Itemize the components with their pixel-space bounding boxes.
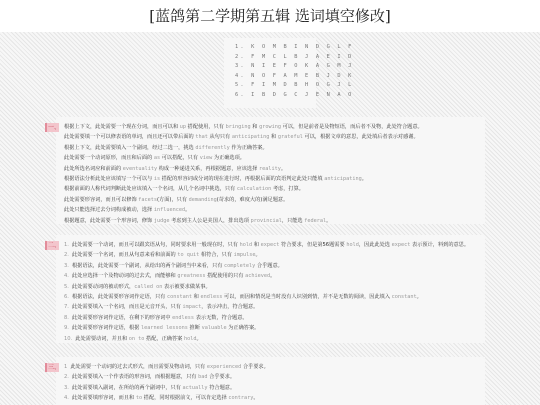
section-3-panel: 三、 1此处需要一个动词的过去式形式，而且需要及物动词，只有 experienc…	[56, 357, 485, 405]
word-list-row: 4. N O F A M E B J D K	[224, 72, 316, 82]
answer-word: learned lessons	[141, 325, 188, 331]
answer-word: endless	[172, 315, 194, 321]
item-number: 1.	[64, 242, 69, 248]
explanation-line: 根据上下文，此处需要一个现在分词，而且可以和 up 搭配使用，只有 bringi…	[64, 122, 477, 132]
answer-word: grateful	[278, 134, 303, 140]
explanation-text: 为正确答案。	[227, 325, 260, 331]
explanation-text: 此处应选择一个及物动词的过去式，而能够和	[72, 273, 177, 279]
section-badge: 三、	[45, 363, 59, 372]
item-number: 3.	[64, 263, 69, 269]
explanation-line: 此处需要填一个可以修表语的单词，而且还可以带后面的 that 从句只有 anti…	[64, 132, 477, 142]
answer-word: demanding	[189, 197, 217, 203]
answer-word: constant	[167, 294, 192, 300]
answer-word: experienced	[207, 364, 241, 370]
answer-word: greatness	[177, 273, 205, 279]
answer-word: view	[200, 155, 213, 161]
answer-word: constant	[392, 294, 417, 300]
explanation-line: 4.此处需要填形容词，而且和 to 搭配，同时根据前文，可以肯定选择 contr…	[64, 393, 477, 403]
answer-word: on to	[129, 336, 145, 342]
explanation-text: 。	[417, 294, 422, 300]
explanation-text: 相符合，只有	[199, 252, 233, 258]
answer-word: federal	[304, 218, 326, 224]
explanation-text: (方面)，只有	[157, 197, 189, 203]
explanation-text: 此处需要动词，并且和	[75, 336, 129, 342]
item-number: 2.	[64, 252, 69, 258]
item-number: 6.	[64, 294, 69, 300]
answer-word: hold	[346, 242, 359, 248]
word-list-row: 2. F M C L B J A E I D	[224, 53, 316, 63]
answer-word: achieved	[245, 273, 270, 279]
explanation-text: 搭配的形容词或分词的现在进行时，再根据后面的宾语判定此处只能填	[160, 176, 324, 182]
answer-word: anticipating	[324, 176, 361, 182]
explanation-line: 根据上下文，此处需要填入一个副词，经过二选一，挑选 differently 作为…	[64, 143, 477, 153]
explanation-line: 根据题意，此处需要一个形容词，修饰 judge 考虑到主人公是美国人，排出选项 …	[64, 216, 477, 226]
answer-word: impact	[183, 304, 202, 310]
page-title: [蓝鸽第二学期第五辑 选词填空修改]	[0, 0, 540, 32]
answer-word: provincial	[251, 218, 282, 224]
explanation-line: 1.此处需要一个动词，而且可以跟宾语从句，同时要求用一般现在时，只有 hold …	[64, 240, 477, 250]
explanation-text: 搭配使用，只有	[186, 124, 226, 130]
explanation-line: 3.根据语法，此处需要一个副词，从给出的两个副词当中来看，只有 complete…	[64, 261, 477, 271]
explanation-line: 此处需要形容词，而且可以修饰 facets(方面)，只有 demanding(苛…	[64, 195, 477, 205]
explanation-text: 合乎要求。	[241, 364, 269, 370]
explanation-text: 可以，而因和情况是当时没有人识别到情，并不是无数的阅读，因此填入	[222, 294, 391, 300]
explanation-line: 2.此处需要填入一个作表语的形容词，而根据题意，只有 bad 合乎要求。	[64, 372, 477, 382]
answer-word: differently	[195, 145, 229, 151]
explanation-text: 此处需要形容词，而且可以修饰	[64, 197, 138, 203]
explanation-text: 此处需要动词的被动形式，	[72, 284, 134, 290]
answer-word: endless	[200, 294, 222, 300]
explanation-text: 符合题意。	[208, 385, 236, 391]
explanation-text: 。	[362, 176, 367, 182]
answer-word: bringing	[226, 124, 251, 130]
item-number: 7.	[64, 304, 69, 310]
explanation-text: 。	[326, 218, 331, 224]
explanation-text: 表示被要求做某事。	[162, 284, 210, 290]
word-list-row: 6. I B D G C J E N A O	[224, 91, 316, 101]
explanation-text: 可以搭配，只有	[160, 155, 200, 161]
answer-word: judge	[154, 218, 170, 224]
item-number: 1	[64, 364, 67, 370]
explanation-text: 合乎要求。	[207, 374, 235, 380]
word-list-row: 5. F I M D B H O G J L	[224, 81, 316, 91]
explanation-text: 此处需要填入一个作表语的形容词，而根据题意，只有	[72, 374, 198, 380]
answer-word: valuable	[202, 325, 227, 331]
explanation-line: 1此处需要一个动词的过去式形式，而且需要及物动词，只有 experienced …	[64, 362, 477, 372]
explanation-text: 可以，但是前者是及物短语，而后者不及物，此处符合题意。	[281, 124, 423, 130]
explanation-text: 表示无数，符合题意。	[194, 315, 248, 321]
explanation-text: 从句只有	[208, 134, 232, 140]
explanation-text: 。	[253, 395, 258, 401]
explanation-text: 根据前面的人称代词判断此处应该填入一个名词，从几个名词中挑选，只有	[64, 186, 237, 192]
explanation-text: 搭配使用的只有	[205, 273, 245, 279]
word-list-row: 1. K O M B I N D G L F	[224, 43, 316, 53]
explanation-text: 此处所选名词应和前面的	[64, 166, 123, 172]
explanation-line: 2.此处需要一个名词，而且从句意来看和前面的 to quit 相符合，只有 im…	[64, 250, 477, 260]
explanation-line: 根据语法分析此处应该填写一个可以与 is 搭配的形容词或分词的现在进行时，再根据…	[64, 174, 477, 184]
answer-word: actually	[183, 385, 208, 391]
explanation-line: 5.此处需要动词的被动形式，called on 表示被要求做某事。	[64, 282, 477, 292]
answer-word: impulse	[234, 252, 256, 258]
answer-word: influenced	[154, 207, 185, 213]
explanation-text: 考虑，打算。	[271, 186, 304, 192]
explanation-line: 此处所选名词应和前面的 eventuality 构成一种递进关系，再根据题意，应…	[64, 164, 477, 174]
explanation-text: 根据上下文，此处需要填入一个副词，经过二选一，挑选	[64, 145, 195, 151]
explanation-text: 此处需要一个动词原形，而且和后面的	[64, 155, 154, 161]
explanation-text: 搭配，正确答案	[144, 336, 184, 342]
explanation-text: (苛求的，难度大的)满足题意。	[217, 197, 289, 203]
answer-word: calculation	[237, 186, 271, 192]
explanation-text: 根据上下文，此处需要一个现在分词，而且可以和	[64, 124, 180, 130]
explanation-text: ，只能选	[282, 218, 304, 224]
explanation-line: 3.此处需要填入副词，在所给的两个副词中，只有 actually 符合题意。	[64, 383, 477, 393]
answer-word: to quit	[177, 252, 199, 258]
section-badge: 二、	[45, 241, 59, 250]
answer-word: reality	[259, 166, 281, 172]
answer-word: hold	[184, 336, 197, 342]
explanation-line: 6.根据语法，此处需要形容词作定语，只有 constant 和 endless …	[64, 292, 477, 302]
item-number: 3.	[64, 385, 69, 391]
explanation-line: 9.此处需要形容词作定语，根据 learned lessons 推断 valua…	[64, 323, 477, 333]
explanation-text: ，因此此处选	[359, 242, 392, 248]
explanation-text: 此处只能选择过去分词构成被动，选择	[64, 207, 154, 213]
answer-word: growing	[259, 124, 281, 130]
item-number: 10.	[64, 336, 72, 342]
explanation-text: 根据题意，此处需要一个形容词，修饰	[64, 218, 154, 224]
explanation-text: 此处需要一个名词，而且从句意来看和前面的	[72, 252, 177, 258]
explanation-text: 。	[281, 166, 286, 172]
explanation-text: 推断	[188, 325, 202, 331]
explanation-text: 根据语法，此处需要形容词作定语，只有	[72, 294, 167, 300]
explanation-text: 作为正确答案。	[230, 145, 268, 151]
section-badge: 一、	[45, 123, 59, 132]
explanation-line: 10.此处需要动词，并且和 on to 搭配，正确答案 hold。	[64, 334, 477, 344]
explanation-text: 此处需要形容词作定语，在剩下的形容词中	[72, 315, 172, 321]
answer-word: expect	[261, 242, 280, 248]
explanation-text: 为正确选项。	[212, 155, 245, 161]
explanation-text: 搭配，同时根据前文，可以肯定选择	[142, 395, 228, 401]
explanation-text: 合乎题意。	[255, 263, 283, 269]
explanation-text: ，表示冲击，符合题意。	[201, 304, 258, 310]
explanation-line: 7.此处需要填入一个名词，而且是元音开头，只有 impact，表示冲击，符合题意…	[64, 302, 477, 312]
item-number: 2.	[64, 374, 69, 380]
word-list-row: 3. N I E F O K A G M J	[224, 62, 316, 72]
explanation-text: 和	[252, 242, 261, 248]
explanation-text: 考虑到主人公是美国人，排出选项	[169, 218, 250, 224]
explanation-line: 此处只能选择过去分词构成被动，选择 influenced。	[64, 205, 477, 215]
answer-word: anticipating	[232, 134, 269, 140]
explanation-text: 此处需要填形容词，而且和	[72, 395, 136, 401]
section-1-panel: 一、 根据上下文，此处需要一个现在分词，而且可以和 up 搭配使用，只有 bri…	[56, 117, 485, 224]
answer-word: completely	[224, 263, 255, 269]
explanation-line: 8.此处需要形容词作定语，在剩下的形容词中 endless 表示无数，符合题意。	[64, 313, 477, 323]
explanation-text: 和	[251, 124, 260, 130]
explanation-text: 表示预计，料到的意思。	[410, 242, 469, 248]
explanation-text: 构成一种递进关系，再根据题意，应该选择	[157, 166, 259, 172]
answer-letter-list: 1. K O M B I N D G L F2. F M C L B J A E…	[224, 38, 316, 108]
explanation-line: 4.此处应选择一个及物动词的过去式，而能够和 greatness 搭配使用的只有…	[64, 271, 477, 281]
item-number: 5.	[64, 284, 69, 290]
explanation-text: 符合要求，但是第56题需要	[279, 242, 346, 248]
explanation-text: 此处需要一个动词的过去式形式，而且需要及物动词，只有	[70, 364, 207, 370]
explanation-text: 此处需要填入副词，在所给的两个副词中，只有	[72, 385, 183, 391]
answer-word: hold	[240, 242, 253, 248]
answer-word: eventuality	[123, 166, 157, 172]
explanation-text: 此处需要填一个可以修表语的单词，而且还可以带后面的	[64, 134, 195, 140]
explanation-text: 此处需要一个动词，而且可以跟宾语从句，同时要求用一般现在时，只有	[72, 242, 240, 248]
explanation-text: 。	[270, 273, 275, 279]
section-2-panel: 二、 1.此处需要一个动词，而且可以跟宾语从句，同时要求用一般现在时，只有 ho…	[56, 235, 485, 343]
explanation-text: 根据语法分析此处应该填写一个可以与	[64, 176, 154, 182]
answer-word: expect	[392, 242, 411, 248]
item-number: 8.	[64, 315, 69, 321]
explanation-line: 此处需要一个动词原形，而且和后面的 as 可以搭配，只有 view 为正确选项。	[64, 153, 477, 163]
answer-word: that	[195, 134, 208, 140]
explanation-text: 可以，根据文章的意思，此处填后者表示对感谢。	[303, 134, 419, 140]
explanation-text: 此处需要形容词作定语，根据	[72, 325, 141, 331]
explanation-text: 根据语法，此处需要一个副词，从给出的两个副词当中来看，只有	[72, 263, 224, 269]
explanation-text: 。	[256, 252, 261, 258]
answer-word: facets	[138, 197, 157, 203]
answer-word: called on	[134, 284, 162, 290]
explanation-text: 。	[185, 207, 190, 213]
explanation-text: 和	[269, 134, 278, 140]
explanation-text: 此处需要填入一个名词，而且是元音开头，只有	[72, 304, 183, 310]
item-number: 9.	[64, 325, 69, 331]
item-number: 4.	[64, 395, 69, 401]
explanation-line: 根据前面的人称代词判断此处应该填入一个名词，从几个名词中挑选，只有 calcul…	[64, 184, 477, 194]
explanation-text: 。	[197, 336, 202, 342]
item-number: 4.	[64, 273, 69, 279]
answer-word: contrary	[228, 395, 253, 401]
